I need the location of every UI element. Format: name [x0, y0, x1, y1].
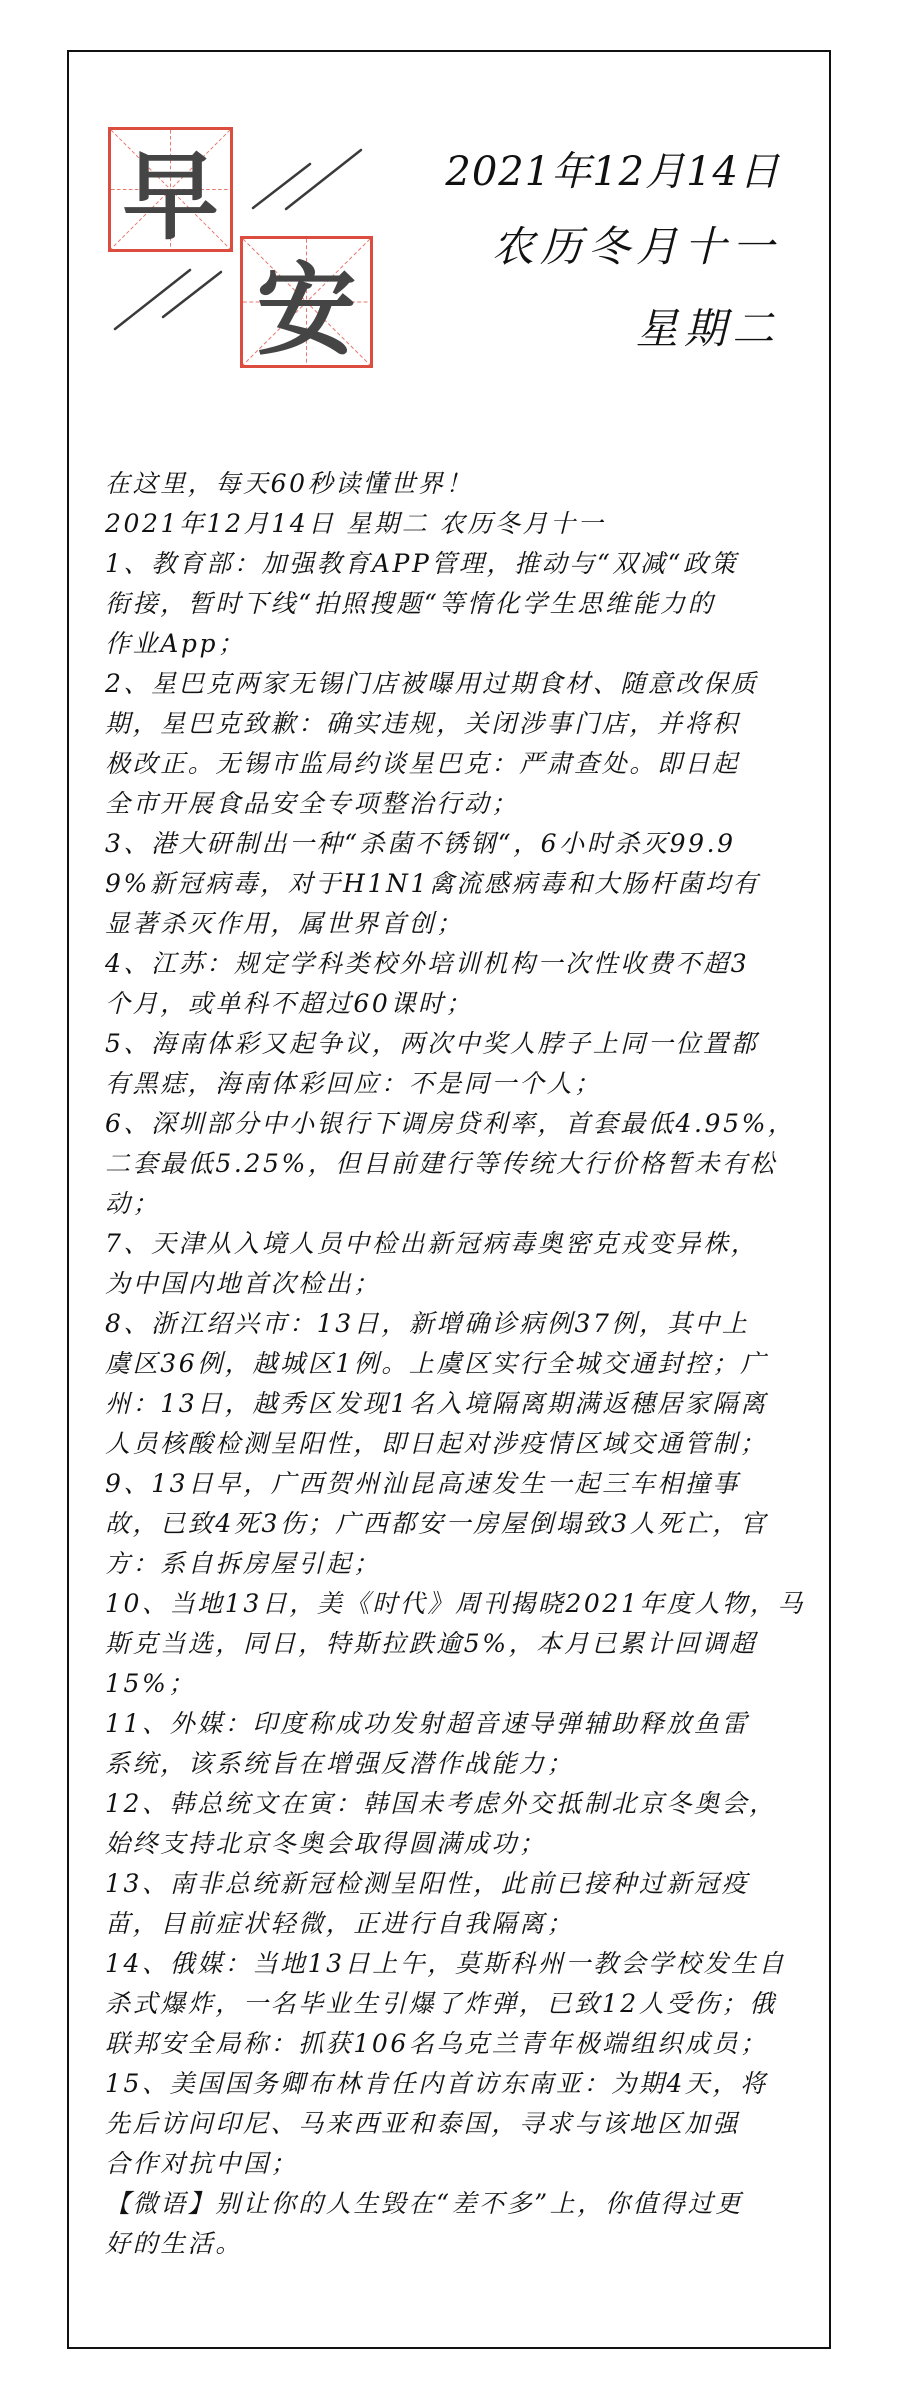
- body-line: 13、南非总统新冠检测呈阳性，此前已接种过新冠疫: [105, 1868, 805, 1908]
- body-line: 8、浙江绍兴市：13日，新增确诊病例37例，其中上: [105, 1308, 805, 1348]
- body-line: 在这里，每天60秒读懂世界！: [105, 468, 805, 508]
- body-line: 10、当地13日，美《时代》周刊揭晓2021年度人物，马: [105, 1588, 805, 1628]
- body-line: 显著杀灭作用，属世界首创；: [105, 908, 805, 948]
- body-line: 二套最低5.25%，但目前建行等传统大行价格暂未有松: [105, 1148, 805, 1188]
- body-line: 1、教育部：加强教育APP管理，推动与“双减“政策: [105, 548, 805, 588]
- body-line: 杀式爆炸，一名毕业生引爆了炸弹，已致12人受伤；俄: [105, 1988, 805, 2028]
- body-line: 5、海南体彩又起争议，两次中奖人脖子上同一位置都: [105, 1028, 805, 1068]
- body-line: 4、江苏：规定学科类校外培训机构一次性收费不超3: [105, 948, 805, 988]
- body-line: 15、美国国务卿布林肯任内首访东南亚：为期4天，将: [105, 2068, 805, 2108]
- body-line: 9、13日早，广西贺州汕昆高速发生一起三车相撞事: [105, 1468, 805, 1508]
- greeting-char-zao: 早: [111, 130, 230, 249]
- news-body: 在这里，每天60秒读懂世界！2021年12月14日 星期二 农历冬月十一1、教育…: [105, 468, 805, 2268]
- body-line: 2021年12月14日 星期二 农历冬月十一: [105, 508, 805, 548]
- date-gregorian: 2021年12月14日: [445, 140, 780, 197]
- body-line: 系统，该系统旨在增强反潜作战能力；: [105, 1748, 805, 1788]
- body-line: 11、外媒：印度称成功发射超音速导弹辅助释放鱼雷: [105, 1708, 805, 1748]
- body-line: 【微语】别让你的人生毁在“差不多”上，你值得过更: [105, 2188, 805, 2228]
- body-line: 合作对抗中国；: [105, 2148, 805, 2188]
- body-line: 始终支持北京冬奥会取得圆满成功；: [105, 1828, 805, 1868]
- body-line: 个月，或单科不超过60课时；: [105, 988, 805, 1028]
- body-line: 动；: [105, 1188, 805, 1228]
- body-line: 期，星巴克致歉：确实违规，关闭涉事门店，并将积: [105, 708, 805, 748]
- body-line: 州：13日，越秀区发现1名入境隔离期满返穗居家隔离: [105, 1388, 805, 1428]
- body-line: 衔接，暂时下线“拍照搜题“等惰化学生思维能力的: [105, 588, 805, 628]
- body-line: 方：系自拆房屋引起；: [105, 1548, 805, 1588]
- body-line: 14、俄媒：当地13日上午，莫斯科州一教会学校发生自: [105, 1948, 805, 1988]
- body-line: 人员核酸检测呈阳性，即日起对涉疫情区域交通管制；: [105, 1428, 805, 1468]
- body-line: 全市开展食品安全专项整治行动；: [105, 788, 805, 828]
- body-line: 先后访问印尼、马来西亚和泰国，寻求与该地区加强: [105, 2108, 805, 2148]
- greeting-tile-zao: 早: [108, 127, 233, 252]
- body-line: 故，已致4死3伤；广西都安一房屋倒塌致3人死亡，官: [105, 1508, 805, 1548]
- body-line: 苗，目前症状轻微，正进行自我隔离；: [105, 1908, 805, 1948]
- greeting-tile-an: 安: [240, 236, 373, 368]
- body-line: 2、星巴克两家无锡门店被曝用过期食材、随意改保质: [105, 668, 805, 708]
- greeting-char-an: 安: [243, 239, 370, 365]
- body-line: 虞区36例，越城区1例。上虞区实行全城交通封控；广: [105, 1348, 805, 1388]
- date-lunar: 农历冬月十一: [492, 214, 780, 274]
- body-line: 联邦安全局称：抓获106名乌克兰青年极端组织成员；: [105, 2028, 805, 2068]
- body-line: 好的生活。: [105, 2228, 805, 2268]
- body-line: 为中国内地首次检出；: [105, 1268, 805, 1308]
- body-line: 6、深圳部分中小银行下调房贷利率，首套最低4.95%，: [105, 1108, 805, 1148]
- body-line: 3、港大研制出一种“杀菌不锈钢“，6小时杀灭99.9: [105, 828, 805, 868]
- body-line: 作业App；: [105, 628, 805, 668]
- body-line: 9%新冠病毒，对于H1N1禽流感病毒和大肠杆菌均有: [105, 868, 805, 908]
- body-line: 15%；: [105, 1668, 805, 1708]
- date-weekday: 星期二: [636, 296, 780, 356]
- body-line: 7、天津从入境人员中检出新冠病毒奥密克戎变异株，: [105, 1228, 805, 1268]
- body-line: 极改正。无锡市监局约谈星巴克：严肃查处。即日起: [105, 748, 805, 788]
- body-line: 有黑痣，海南体彩回应：不是同一个人；: [105, 1068, 805, 1108]
- body-line: 12、韩总统文在寅：韩国未考虑外交抵制北京冬奥会，: [105, 1788, 805, 1828]
- body-line: 斯克当选，同日，特斯拉跌逾5%，本月已累计回调超: [105, 1628, 805, 1668]
